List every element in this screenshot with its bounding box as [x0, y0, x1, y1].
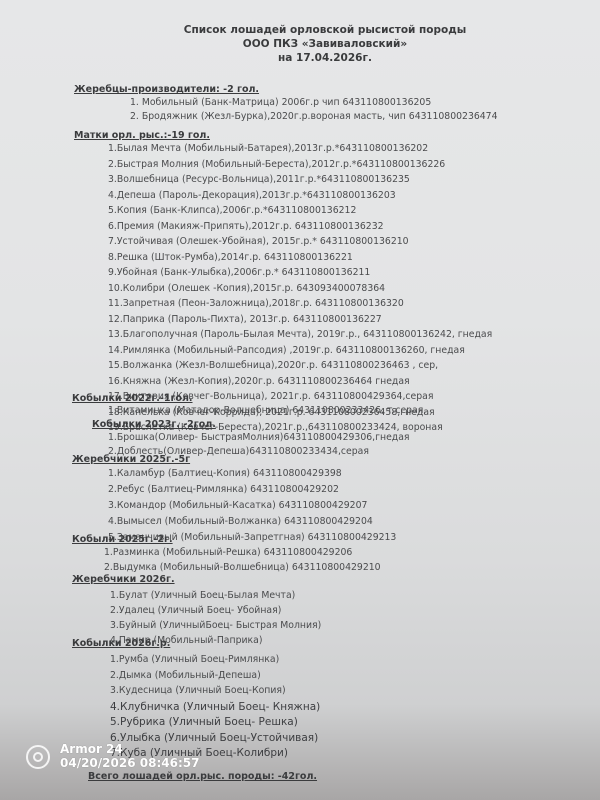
list-item: 1.Каламбур (Балтиец-Копия) 6431108004293… [108, 468, 342, 479]
list-item: 16.Княжна (Жезл-Копия),2020г.р. 64311108… [108, 376, 410, 387]
list-item: 1.Брошка(Оливер- БыстраяМолния)643110800… [108, 432, 410, 443]
list-item: 12.Паприка (Пароль-Пихта), 2013г.р. 6431… [108, 314, 382, 325]
list-item: 2.Выдумка (Мобильный-Волшебница) 6431108… [104, 562, 381, 573]
list-item: 1.Румба (Уличный Боец-Римлянка) [110, 654, 279, 665]
section-heading: Кобылки 2022г.-1гол. [72, 393, 193, 404]
list-item: 10.Колибри (Олешек -Копия),2015г.р. 6430… [108, 283, 385, 294]
list-item: 3.Волшебница (Ресурс-Вольница),2011г.р.*… [108, 174, 410, 185]
list-item: 2.Ребус (Балтиец-Римлянка) 6431108004292… [108, 484, 339, 495]
list-item: 5.Копия (Банк-Клипса),2006г.р.*643110800… [108, 205, 356, 216]
list-item: 8.Решка (Шток-Румба),2014г.р. 6431108001… [108, 252, 353, 263]
watermark-text: Armor 24 04/20/2026 08:46:57 [60, 742, 199, 770]
list-item: 2. Бродяжник (Жезл-Бурка),2020г.р.ворона… [130, 111, 498, 122]
list-item: 3.Кудесница (Уличный Боец-Копия) [110, 685, 286, 696]
list-item: 2.Удалец (Уличный Боец- Убойная) [110, 605, 281, 616]
list-item: 1.Витаминка (Матадор-Волшебница) 6431108… [108, 405, 426, 416]
list-item: 11.Запретная (Пеон-Заложница),2018г.р. 6… [108, 298, 404, 309]
camera-shutter-icon [26, 745, 50, 769]
section-heading: Жеребчики 2025г.-5г [72, 454, 190, 465]
list-item: 4.Депеша (Пароль-Декорация),2013г.р.*643… [108, 190, 396, 201]
document-title: Список лошадей орловской рысистой породы [0, 24, 600, 36]
list-item: 7.Устойчивая (Олешек-Убойная), 2015г.р.*… [108, 236, 409, 247]
list-item: 5.Рубрика (Уличный Боец- Решка) [110, 716, 298, 728]
document-date: на 17.04.2026г. [0, 52, 600, 64]
list-item: 1.Разминка (Мобильный-Решка) 64311080042… [104, 547, 352, 558]
section-heading: Жеребцы-производители: -2 гол. [74, 84, 259, 95]
list-item: 1.Булат (Уличный Боец-Былая Мечта) [110, 590, 295, 601]
total-count: Всего лошадей орл.рыс. породы: -42гол. [88, 771, 317, 782]
list-item: 15.Волжанка (Жезл-Волшебница),2020г.р. 6… [108, 360, 438, 371]
list-item: 4.Клубничка (Уличный Боец- Княжна) [110, 701, 320, 713]
list-item: 1.Былая Мечта (Мобильный-Батарея),2013г.… [108, 143, 428, 154]
list-item: 4.Вымысел (Мобильный-Волжанка) 643110800… [108, 516, 373, 527]
list-item: 2.Быстрая Молния (Мобильный-Береста),201… [108, 159, 445, 170]
list-item: 13.Благополучная (Пароль-Былая Мечта), 2… [108, 329, 492, 340]
photo-timestamp: 04/20/2026 08:46:57 [60, 756, 199, 770]
company-name: ООО ПКЗ «Завиваловский» [0, 38, 600, 50]
list-item: 3.Буйный (УличныйБоец- Быстрая Молния) [110, 620, 321, 631]
section-heading: Жеребчики 2026г. [72, 574, 175, 585]
section-heading: Кобылки 2026г.р. [72, 638, 170, 649]
list-item: 3.Командор (Мобильный-Касатка) 643110800… [108, 500, 367, 511]
document-page: Список лошадей орловской рысистой породы… [0, 0, 600, 800]
section-heading: Матки орл. рыс.:-19 гол. [74, 130, 210, 141]
list-item: 1. Мобильный (Банк-Матрица) 2006г.р чип … [130, 97, 431, 108]
list-item: 14.Римлянка (Мобильный-Рапсодия) ,2019г.… [108, 345, 465, 356]
list-item: 2.Дымка (Мобильный-Депеша) [110, 670, 261, 681]
section-heading: Кобыли 2025г.-2г. [72, 534, 173, 545]
section-heading: Кобылки 2023г. -2гол. [92, 419, 216, 430]
list-item: 6.Премия (Макияж-Припять),2012г.р. 64311… [108, 221, 384, 232]
list-item: 9.Убойная (Банк-Улыбка),2006г.р.* 643110… [108, 267, 370, 278]
device-name: Armor 24 [60, 742, 199, 756]
